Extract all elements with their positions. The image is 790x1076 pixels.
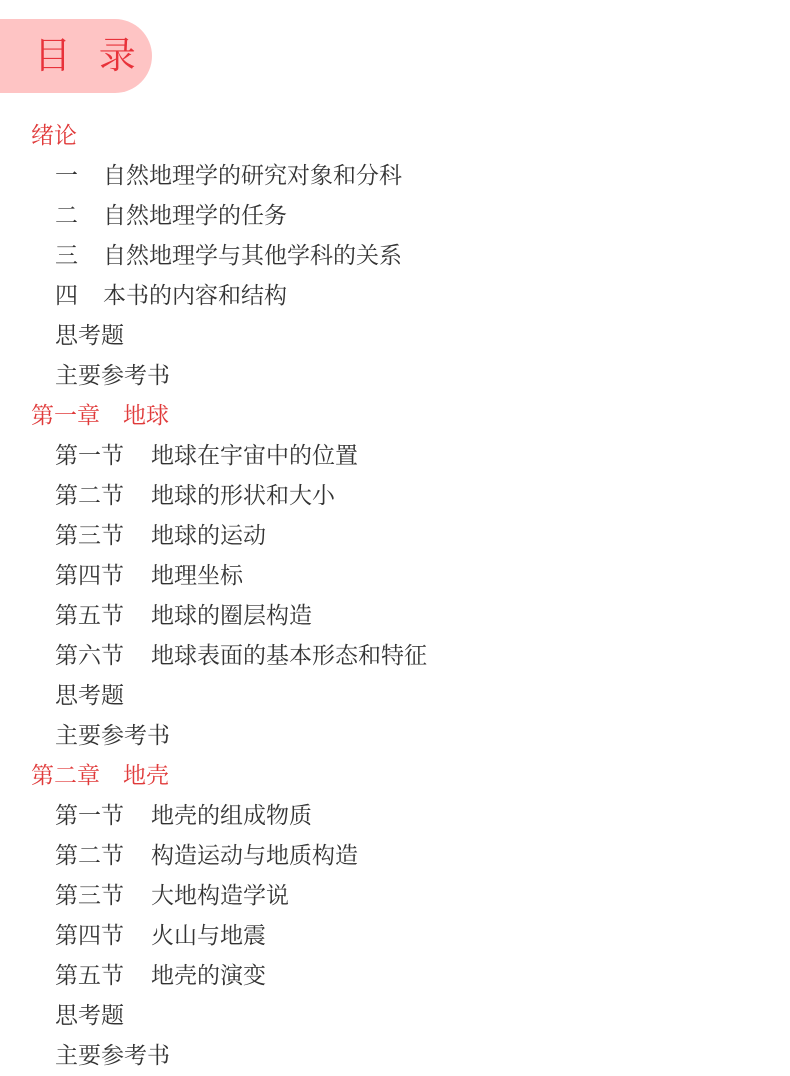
toc-item[interactable]: 第一节地球在宇宙中的位置: [55, 436, 358, 476]
toc-item[interactable]: 第三节地球的运动: [55, 516, 266, 556]
toc-item[interactable]: 思考题: [55, 676, 124, 716]
toc-label: 第一章 地球: [31, 403, 169, 429]
toc-label: 自然地理学的研究对象和分科: [103, 163, 402, 189]
toc-item[interactable]: 第二节构造运动与地质构造: [55, 836, 358, 876]
toc-label: 主要参考书: [55, 1043, 170, 1069]
toc-label: 自然地理学的任务: [103, 203, 287, 229]
toc-item-number: 第四节: [55, 916, 151, 956]
toc-chapter[interactable]: 第一章 地球: [31, 396, 169, 436]
toc-item-number: 一: [55, 156, 103, 196]
toc-item[interactable]: 第二节地球的形状和大小: [55, 476, 335, 516]
toc-item[interactable]: 一自然地理学的研究对象和分科: [55, 156, 402, 196]
toc-item[interactable]: 第五节地壳的演变: [55, 956, 266, 996]
toc-item[interactable]: 主要参考书: [55, 1036, 170, 1076]
toc-item[interactable]: 第四节火山与地震: [55, 916, 266, 956]
toc-label: 第二章 地壳: [31, 763, 169, 789]
toc-label: 主要参考书: [55, 363, 170, 389]
toc-item[interactable]: 主要参考书: [55, 716, 170, 756]
toc-label: 思考题: [55, 683, 124, 709]
toc-item[interactable]: 思考题: [55, 996, 124, 1036]
toc-label: 思考题: [55, 1003, 124, 1029]
toc-item[interactable]: 第一节地壳的组成物质: [55, 796, 312, 836]
toc-label: 地壳的组成物质: [151, 803, 312, 829]
toc-item[interactable]: 二自然地理学的任务: [55, 196, 287, 236]
toc-label: 火山与地震: [151, 923, 266, 949]
toc-label: 地球表面的基本形态和特征: [151, 643, 427, 669]
toc-item[interactable]: 三自然地理学与其他学科的关系: [55, 236, 402, 276]
toc-item-number: 第三节: [55, 876, 151, 916]
toc-item-number: 第五节: [55, 956, 151, 996]
toc-label: 主要参考书: [55, 723, 170, 749]
toc-label: 构造运动与地质构造: [151, 843, 358, 869]
toc-chapter[interactable]: 第二章 地壳: [31, 756, 169, 796]
toc-label: 地球的运动: [151, 523, 266, 549]
toc-label: 绪论: [31, 123, 77, 149]
toc-item-number: 第三节: [55, 516, 151, 556]
toc-item-number: 第五节: [55, 596, 151, 636]
toc-chapter[interactable]: 绪论: [31, 116, 77, 156]
toc-label: 地球的圈层构造: [151, 603, 312, 629]
toc-label: 思考题: [55, 323, 124, 349]
toc-label: 地理坐标: [151, 563, 243, 589]
toc-item-number: 第一节: [55, 436, 151, 476]
toc-item[interactable]: 思考题: [55, 316, 124, 356]
toc-item-number: 四: [55, 276, 103, 316]
toc-item[interactable]: 第五节地球的圈层构造: [55, 596, 312, 636]
toc-label: 地壳的演变: [151, 963, 266, 989]
toc-item-number: 第二节: [55, 476, 151, 516]
toc-label: 地球在宇宙中的位置: [151, 443, 358, 469]
toc-item-number: 二: [55, 196, 103, 236]
toc-item[interactable]: 第六节地球表面的基本形态和特征: [55, 636, 427, 676]
toc-item[interactable]: 四本书的内容和结构: [55, 276, 287, 316]
toc-item-number: 第四节: [55, 556, 151, 596]
toc-label: 自然地理学与其他学科的关系: [103, 243, 402, 269]
toc-item[interactable]: 第四节地理坐标: [55, 556, 243, 596]
toc-item[interactable]: 第三节大地构造学说: [55, 876, 289, 916]
page-title: 目 录: [34, 34, 144, 78]
toc-label: 地球的形状和大小: [151, 483, 335, 509]
toc-item-number: 第六节: [55, 636, 151, 676]
toc-item-number: 第一节: [55, 796, 151, 836]
toc-label: 大地构造学说: [151, 883, 289, 909]
toc-item-number: 第二节: [55, 836, 151, 876]
toc-label: 本书的内容和结构: [103, 283, 287, 309]
toc-item-number: 三: [55, 236, 103, 276]
toc-item[interactable]: 主要参考书: [55, 356, 170, 396]
